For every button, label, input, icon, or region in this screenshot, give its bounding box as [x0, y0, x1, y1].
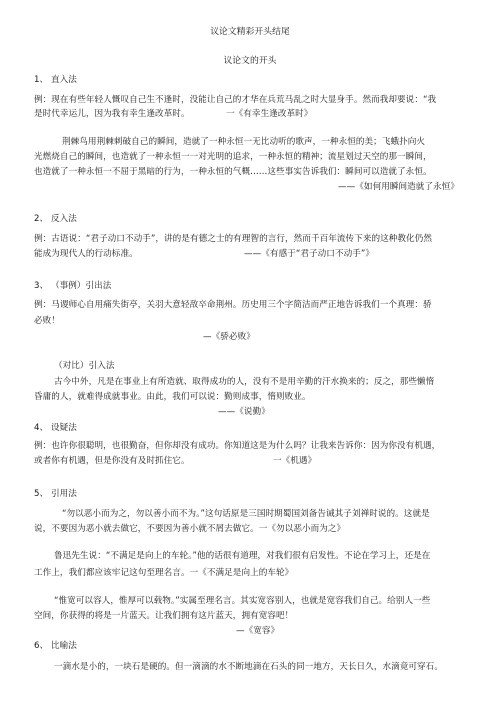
section-1-source: 一《有幸生逢改革时》	[226, 110, 312, 119]
section-4-line-2: 或者你有机遇，但是你没有及时抓住它。	[34, 457, 190, 466]
section-3-line-2: 必败！	[34, 317, 60, 326]
section-1-line-2: 是时代幸运儿，因为我有幸生逢改革时。	[34, 110, 190, 119]
section-2-line-2: 能成为现代人的行动标准。	[34, 250, 138, 259]
section-3-source: —《骄必败》	[203, 333, 255, 342]
section-1-line-1: 例：现在有些年轻人慨叹自己生不逢时，没能让自己的才华在兵荒马乱之时大显身手。然而…	[34, 96, 436, 105]
section-heading-4: 4、 设疑法	[34, 424, 77, 433]
section-1-para2-line-3: 也造就了一种永恒一不屈于黑暗的行为，一种永恒的气概……这些事实告诉我们：瞬间可以…	[34, 168, 432, 177]
section-5-quote2-line-1: 鲁迅先生说：“不满足是向上的车轮。”他的话很有道理，对我们很有启发性。不论在学习…	[54, 552, 430, 561]
section-heading-2: 2、 反入法	[34, 215, 77, 224]
section-3-line-1: 例：马谡师心自用痛失街亭，关羽大意轻敌卒命荆州。历史用三个字简洁而严正地告诉我们…	[34, 301, 432, 310]
section-heading-5: 5、 引用法	[34, 490, 77, 499]
section-5-quote3-source: —《宽容》	[236, 627, 279, 636]
section-heading-6: 6、 比喻法	[34, 642, 77, 651]
section-1-para2-source: ——《如何用瞬间造就了永恒》	[338, 183, 459, 192]
section-5-quote2-line-2: 工作上，我们都应该牢记这句至理名言。一《不满足是向上的车轮》	[34, 569, 293, 578]
section-1-para2-line-2: 光燃烧自己的瞬间，也造就了一种永恒一一对光明的追求，一种永恒的精神；流星划过天空…	[34, 153, 432, 162]
section-5-quote1-line-1: “勿以恶小而为之，勿以善小而不为。”这句话原是三国时期蜀国刘备告诫其子刘禅时说的…	[62, 510, 430, 519]
section-6-line-1: 一滴水是小的，一块石是硬的。但一滴滴的水不断地滴在石头的同一地方，天长日久，水滴…	[54, 663, 443, 672]
document-title: 议论文精彩开头结尾	[0, 28, 500, 37]
section-4-line-1: 例：也许你很聪明，也很勤奋，但你却没有成功。你知道这是为什么吗？让我来告诉你：因…	[34, 442, 440, 451]
section-2-source: ——《有感于“君子动口不动手”》	[244, 250, 374, 259]
section-4-source: 一《机遇》	[273, 457, 316, 466]
section-5-quote3-line-1: “惟宽可以容人，惟厚可以载物。”实属至理名言。其实宽容别人，也就是宽容我们自己。…	[54, 597, 430, 606]
section-1-para2-line-1: 荆棘鸟用荆棘刺破自己的瞬间，造就了一种永恒一无比动听的歌声，一种永恒的美；飞蛾扑…	[62, 138, 425, 147]
section-3-para2-line-1: 古今中外，凡是在事业上有所造就、取得成功的人，没有不是用辛勤的汗水换来的；反之，…	[54, 378, 434, 387]
section-3-sub-heading: （对比）引入法	[54, 362, 115, 371]
section-5-quote3-line-2: 空间，你获得的将是一片蓝天。让我们拥有这片蓝天，拥有宽容吧！	[34, 612, 293, 621]
document-page: 议论文精彩开头结尾 议论文的开头 1、 直入法 例：现在有些年轻人慨叹自己生不逢…	[0, 0, 500, 707]
section-3-para2-line-2: 昏庸的人，就难得成就事业。由此，我们可以说：勤则成事，惰则败业。	[34, 393, 311, 402]
section-3-para2-source: ——《说勤》	[218, 408, 270, 417]
section-heading-3: 3、 （事例）引出法	[34, 282, 111, 291]
document-subtitle: 议论文的开头	[0, 57, 500, 66]
section-2-line-1: 例：古语说：“君子动口不动手”，讲的是有德之士的有理智的言行，然而千百年流传下来…	[34, 235, 432, 244]
section-heading-1: 1、 直入法	[34, 76, 77, 85]
section-5-quote1-line-2: 说，不要因为恶小就去做它，不要因为善小就不屑去做它。一《勿以恶小而为之》	[34, 525, 345, 534]
